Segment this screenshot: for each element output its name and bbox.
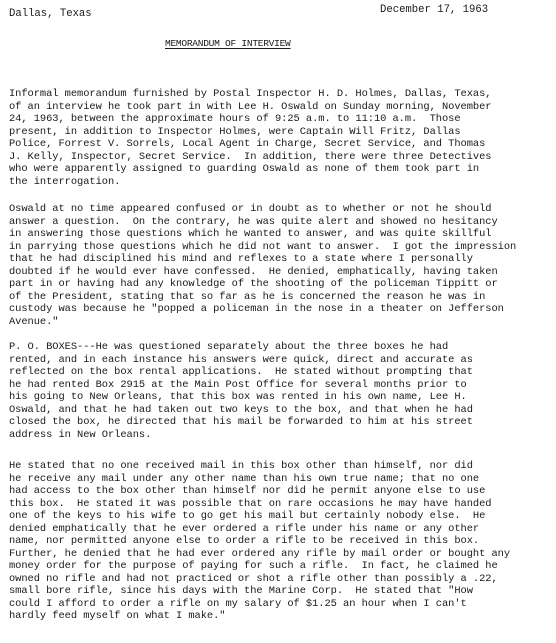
- document-title: MEMORANDUM OF INTERVIEW: [165, 38, 291, 49]
- text-line: in parrying those questions which he did…: [9, 241, 554, 254]
- text-line: 24, 1963, between the approximate hours …: [9, 113, 554, 126]
- text-line: could I afford to order a rifle on my sa…: [9, 598, 554, 611]
- text-line: Oswald at no time appeared confused or i…: [9, 203, 554, 216]
- text-line: denied emphatically that he ever ordered…: [9, 523, 554, 536]
- text-line: he had rented Box 2915 at the Main Post …: [9, 379, 554, 392]
- text-line: money order for the purpose of paying fo…: [9, 560, 554, 573]
- text-line: custody was because he "popped a policem…: [9, 303, 554, 316]
- paragraph-rifle-denial: He stated that no one received mail in t…: [9, 460, 554, 623]
- paragraph-introduction: Informal memorandum furnished by Postal …: [9, 88, 554, 188]
- text-line: He stated that no one received mail in t…: [9, 460, 554, 473]
- text-line: owned no rifle and had not practiced or …: [9, 573, 554, 586]
- memorandum-page: Dallas, Texas December 17, 1963 MEMORAND…: [0, 0, 556, 643]
- paragraph-demeanor: Oswald at no time appeared confused or i…: [9, 203, 554, 328]
- text-line: this box. He stated it was possible that…: [9, 498, 554, 511]
- text-line: address in New Orleans.: [9, 429, 554, 442]
- text-line: Further, he denied that he had ever orde…: [9, 548, 554, 561]
- text-line: of the President, stating that so far as…: [9, 291, 554, 304]
- text-line: answer a question. On the contrary, he w…: [9, 216, 554, 229]
- text-line: hardly feed myself on what I make.": [9, 610, 554, 623]
- text-line: rented, and in each instance his answers…: [9, 354, 554, 367]
- text-line: had access to the box other than himself…: [9, 485, 554, 498]
- text-line: closed the box, he directed that his mai…: [9, 416, 554, 429]
- text-line: Police, Forrest V. Sorrels, Local Agent …: [9, 138, 554, 151]
- text-line: he receive any mail under any other name…: [9, 473, 554, 486]
- text-line: Oswald, and that he had taken out two ke…: [9, 404, 554, 417]
- text-line: Avenue.": [9, 316, 554, 329]
- text-line: that he had disciplined his mind and ref…: [9, 253, 554, 266]
- document-date: December 17, 1963: [380, 4, 488, 16]
- text-line: Informal memorandum furnished by Postal …: [9, 88, 554, 101]
- paragraph-po-boxes: P. O. BOXES---He was questioned separate…: [9, 341, 554, 441]
- text-line: in answering those questions which he wa…: [9, 228, 554, 241]
- text-line: of an interview he took part in with Lee…: [9, 101, 554, 114]
- text-line: the interrogation.: [9, 176, 554, 189]
- text-line: small bore rifle, since his days with th…: [9, 585, 554, 598]
- text-line: doubted if he would ever have confessed.…: [9, 266, 554, 279]
- text-line: reflected on the box rental applications…: [9, 366, 554, 379]
- text-line: part in or having had any knowledge of t…: [9, 278, 554, 291]
- text-line: present, in addition to Inspector Holmes…: [9, 126, 554, 139]
- text-line: name, nor permitted anyone else to order…: [9, 535, 554, 548]
- text-line: one of the keys to his wife to go get hi…: [9, 510, 554, 523]
- text-line: his going to New Orleans, that this box …: [9, 391, 554, 404]
- text-line: J. Kelly, Inspector, Secret Service. In …: [9, 151, 554, 164]
- document-place: Dallas, Texas: [9, 8, 92, 20]
- text-line: P. O. BOXES---He was questioned separate…: [9, 341, 554, 354]
- text-line: who were apparently assigned to guarding…: [9, 163, 554, 176]
